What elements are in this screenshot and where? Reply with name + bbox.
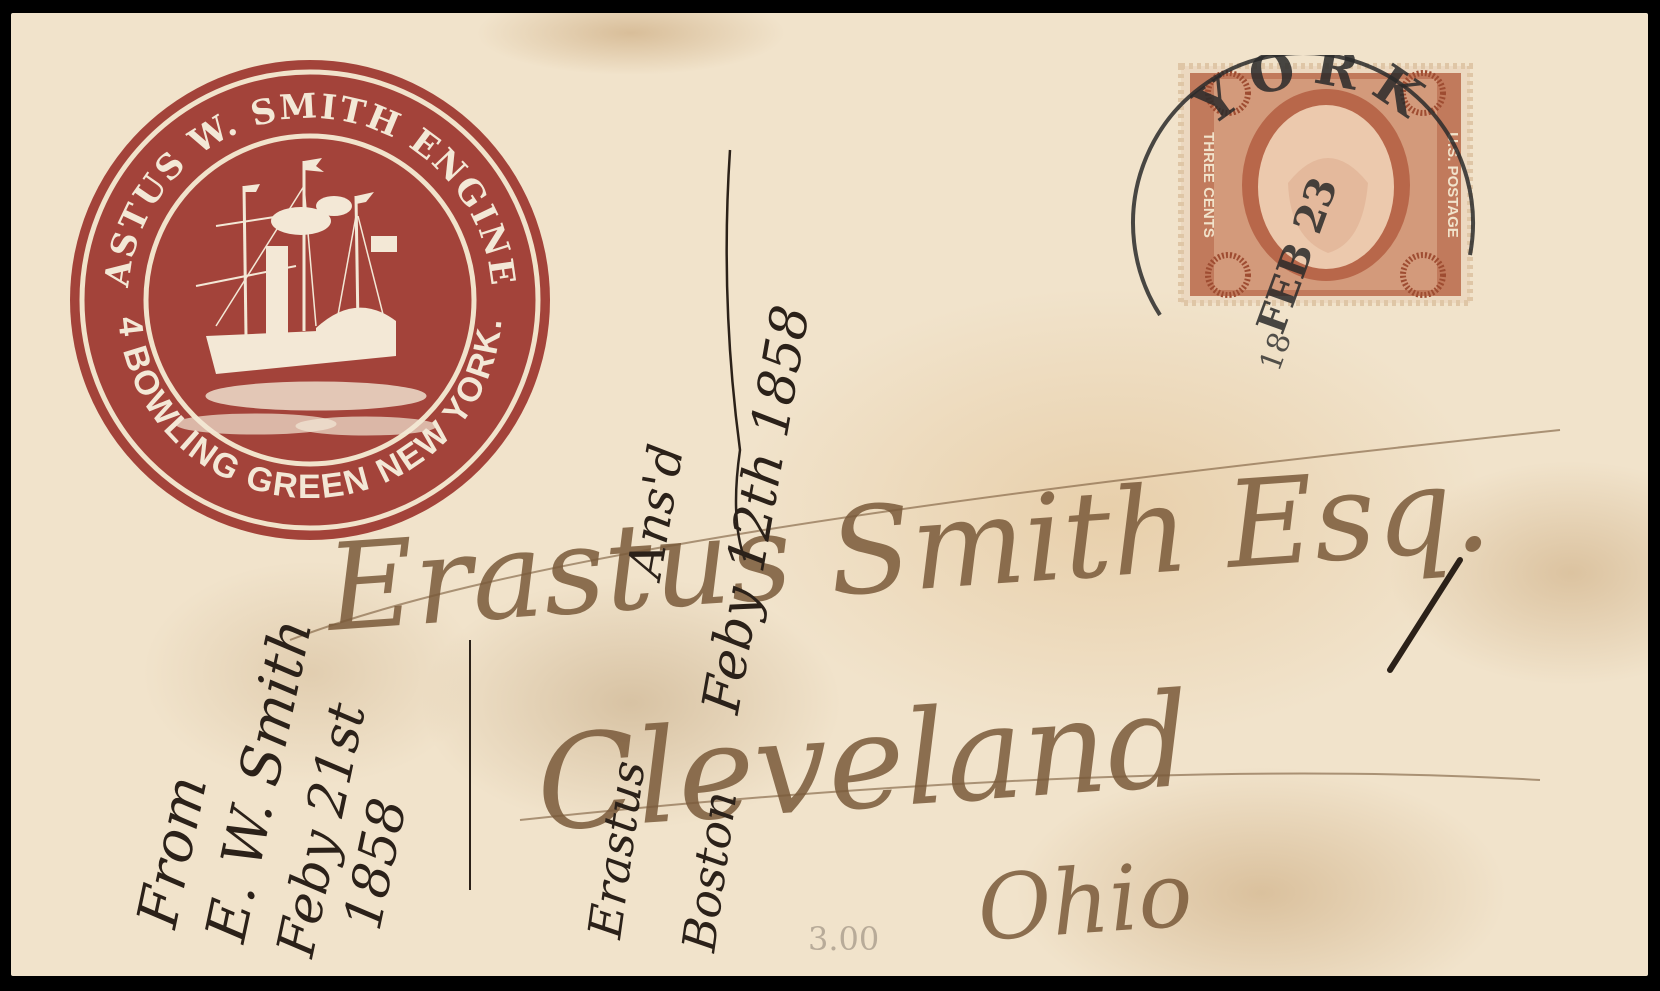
svg-text:THREE CENTS: THREE CENTS [1200,132,1217,238]
svg-text:U.S. POSTAGE: U.S. POSTAGE [1444,132,1461,238]
corner-card-seal: ERASTUS W. SMITH ENGINEER 4 BOWLING GREE… [66,56,554,544]
three-cent-stamp: THREE CENTS U.S. POSTAGE [1178,63,1473,306]
